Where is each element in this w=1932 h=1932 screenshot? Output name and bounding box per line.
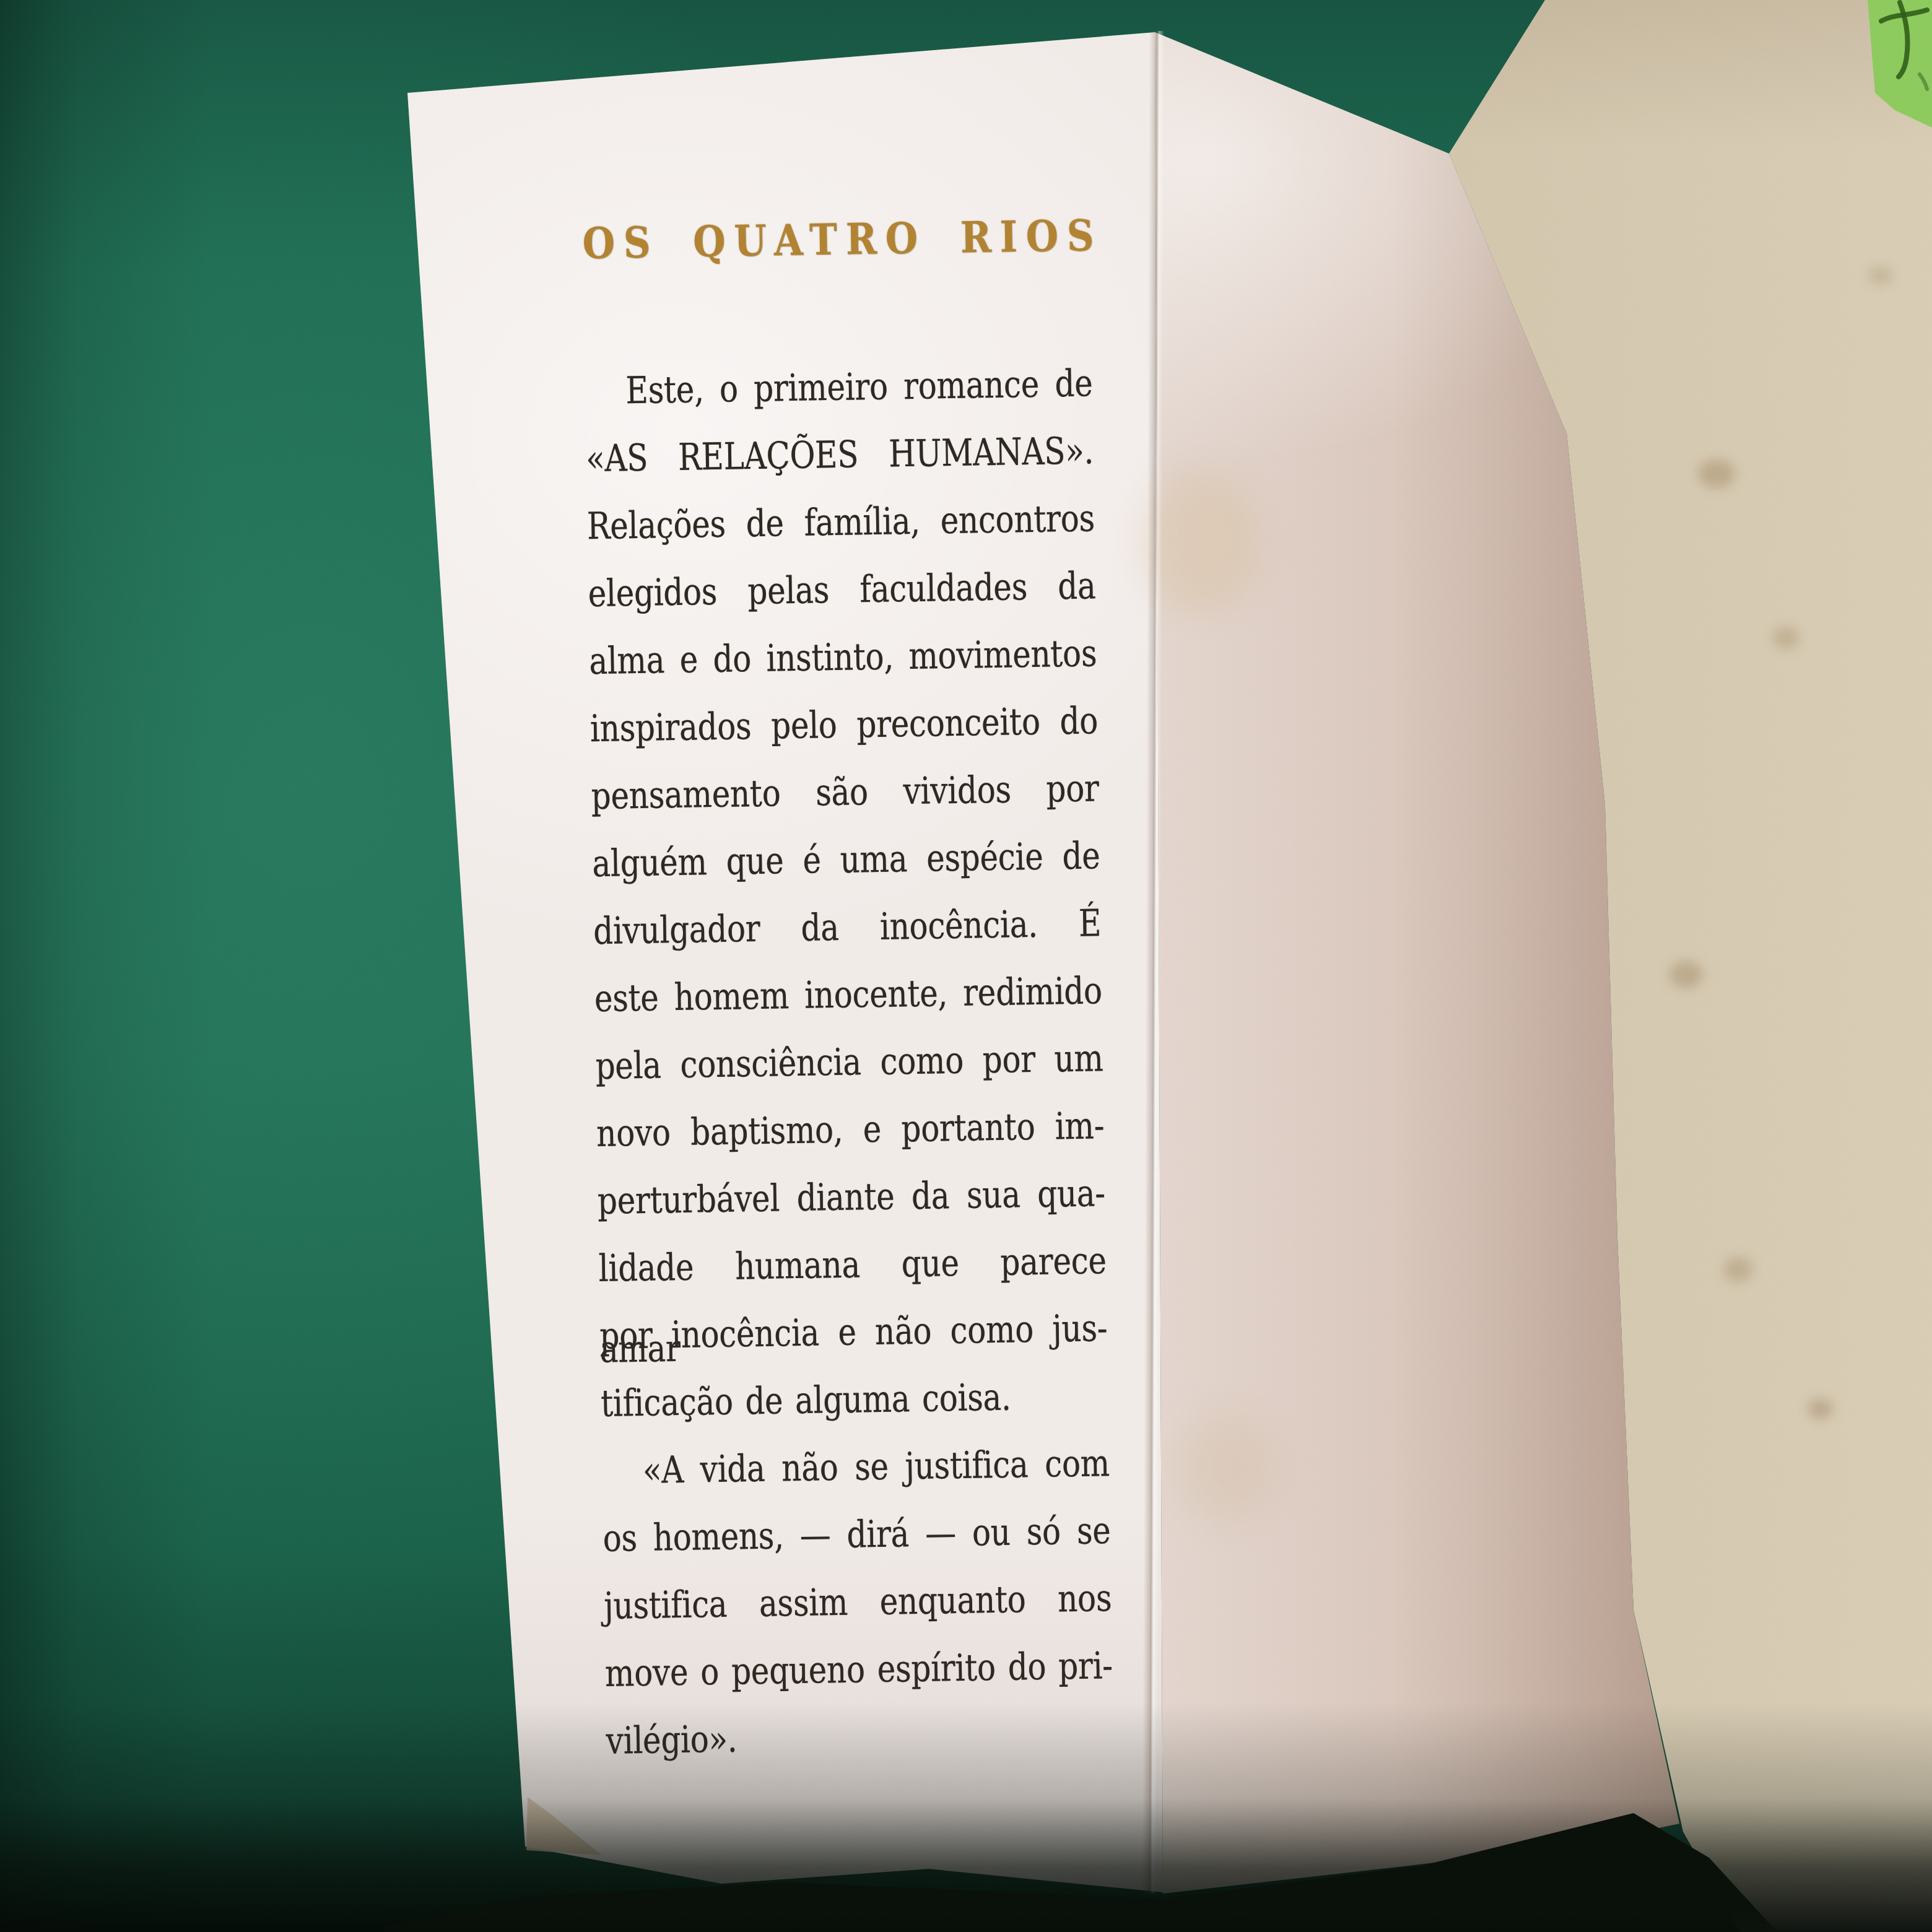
photo-grain xyxy=(0,0,1932,1932)
photo-scene: OS QUATRO RIOS Este, o primeiro romance … xyxy=(0,0,1932,1932)
